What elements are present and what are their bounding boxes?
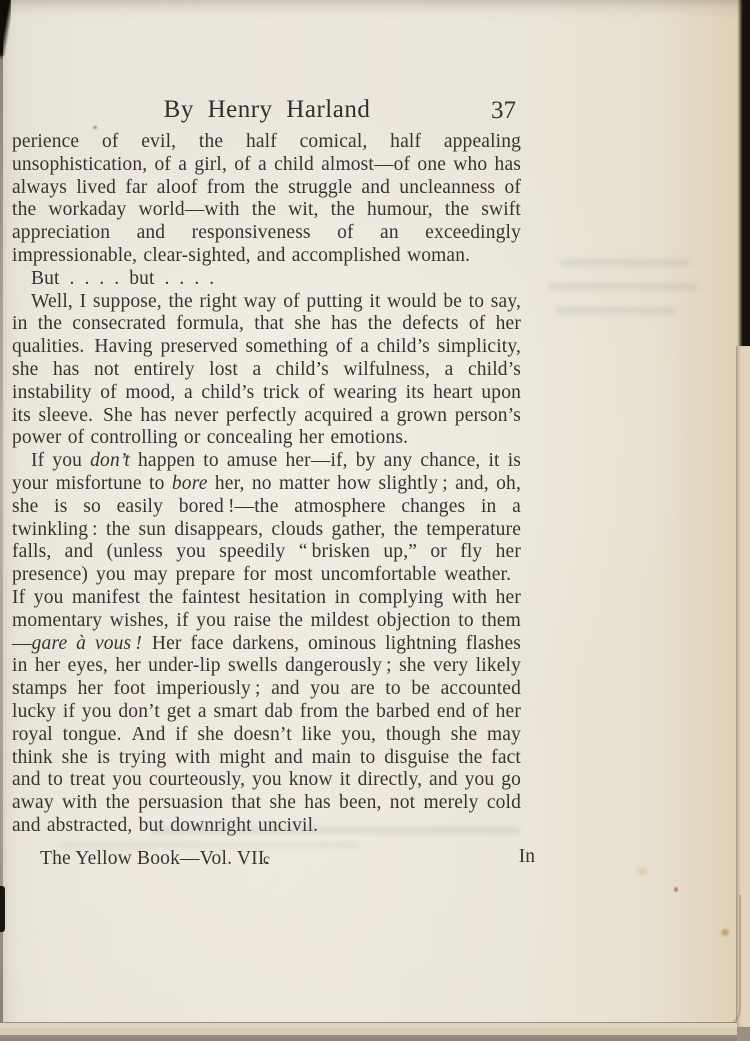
under-page-impression — [6, 895, 741, 1027]
running-head-author: By Henry Harland — [12, 96, 522, 124]
page-edge-bottom-right — [737, 1027, 750, 1041]
paragraph: Well, I suppose, the right way of puttin… — [12, 291, 521, 451]
text-run: her, no matter how slightly ; and, oh, s… — [12, 473, 521, 654]
signature-mark: c — [263, 851, 270, 869]
italic-phrase: gare à vous ! — [32, 633, 142, 654]
ink-show-through — [555, 306, 675, 315]
page-number: 37 — [491, 97, 516, 125]
text-run: Well, I suppose, the right way of puttin… — [12, 291, 521, 449]
scan-edge-right-black — [737, 0, 750, 346]
scan-edge-left-mid — [0, 886, 5, 932]
italic-phrase: don’t — [90, 450, 130, 471]
paper-stain — [721, 929, 729, 936]
paragraph: But . . . . but . . . . — [12, 268, 521, 291]
page-edge-bottom — [0, 1022, 737, 1041]
text-run: perience of evil, the half comical, half… — [12, 131, 521, 266]
ink-show-through — [548, 282, 698, 291]
paper-stain — [93, 126, 97, 129]
text-run: But . . . . but . . . . — [31, 268, 214, 289]
paragraph: perience of evil, the half comical, half… — [12, 131, 521, 268]
italic-phrase: bore — [172, 473, 208, 494]
body-text: perience of evil, the half comical, half… — [12, 131, 521, 838]
scanned-book-page: By Henry Harland 37 perience of evil, th… — [0, 0, 750, 1041]
catchword: In — [493, 846, 535, 868]
footer-row: The Yellow Book—Vol. VII. c In — [0, 848, 750, 874]
volume-imprint: The Yellow Book—Vol. VII. — [40, 848, 270, 870]
page-edge-right — [736, 346, 750, 1027]
paragraph: If you don’t happen to amuse her—if, by … — [12, 450, 521, 838]
text-run: If you — [31, 450, 90, 471]
scan-edge-left — [0, 0, 3, 1041]
ink-show-through — [560, 258, 690, 267]
text-run: Her face darkens, ominous lightning flas… — [12, 633, 521, 836]
paper-stain — [674, 887, 678, 892]
